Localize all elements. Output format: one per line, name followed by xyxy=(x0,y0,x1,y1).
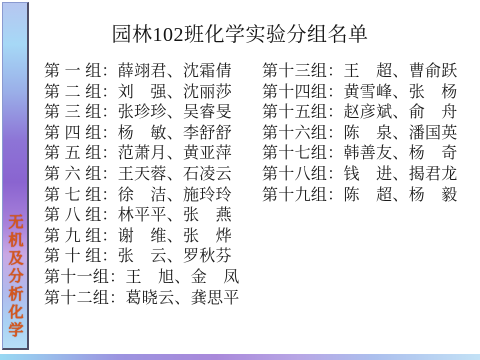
group-list-left: 第 一 组：薛翊君、沈霜倩 第 二 组：刘 强、沈丽莎 第 三 组：张珍珍、吴睿… xyxy=(44,62,240,309)
bottom-gradient-bar xyxy=(0,354,480,360)
group-row-4: 第 四 组：杨 敏、李舒舒 xyxy=(44,124,240,145)
group-row-12: 第十二组：葛晓云、龚思平 xyxy=(44,289,240,310)
group-row-2: 第 二 组：刘 强、沈丽莎 xyxy=(44,83,240,104)
group-row-11: 第十一组：王 旭、金 凤 xyxy=(44,268,240,289)
group-row-18: 第十八组：钱 进、揭君龙 xyxy=(262,165,458,186)
group-row-10: 第 十 组：张 云、罗秋芬 xyxy=(44,247,240,268)
group-row-9: 第 九 组：谢 维、张 烨 xyxy=(44,227,240,248)
group-row-17: 第十七组：韩善友、杨 奇 xyxy=(262,144,458,165)
page-title: 园林102班化学实验分组名单 xyxy=(40,18,440,47)
group-row-8: 第 八 组：林平平、张 燕 xyxy=(44,206,240,227)
sidebar-course-title: 无机及分析化学 xyxy=(5,214,26,340)
group-row-6: 第 六 组：王天蓉、石凌云 xyxy=(44,165,240,186)
group-row-3: 第 三 组：张珍珍、吴睿旻 xyxy=(44,103,240,124)
group-row-16: 第十六组：陈 泉、潘国英 xyxy=(262,124,458,145)
group-list-right: 第十三组：王 超、曹俞跃 第十四组：黄雪峰、张 杨 第十五组：赵彦斌、俞 舟 第… xyxy=(262,62,458,206)
sidebar-gradient-bar: 无机及分析化学 xyxy=(2,2,29,350)
group-row-14: 第十四组：黄雪峰、张 杨 xyxy=(262,83,458,104)
slide: 无机及分析化学 园林102班化学实验分组名单 第 一 组：薛翊君、沈霜倩 第 二… xyxy=(0,0,480,360)
group-row-7: 第 七 组：徐 洁、施玲玲 xyxy=(44,186,240,207)
group-row-15: 第十五组：赵彦斌、俞 舟 xyxy=(262,103,458,124)
group-row-19: 第十九组：陈 超、杨 毅 xyxy=(262,186,458,207)
group-row-5: 第 五 组：范萧月、黄亚萍 xyxy=(44,144,240,165)
group-row-13: 第十三组：王 超、曹俞跃 xyxy=(262,62,458,83)
group-row-1: 第 一 组：薛翊君、沈霜倩 xyxy=(44,62,240,83)
